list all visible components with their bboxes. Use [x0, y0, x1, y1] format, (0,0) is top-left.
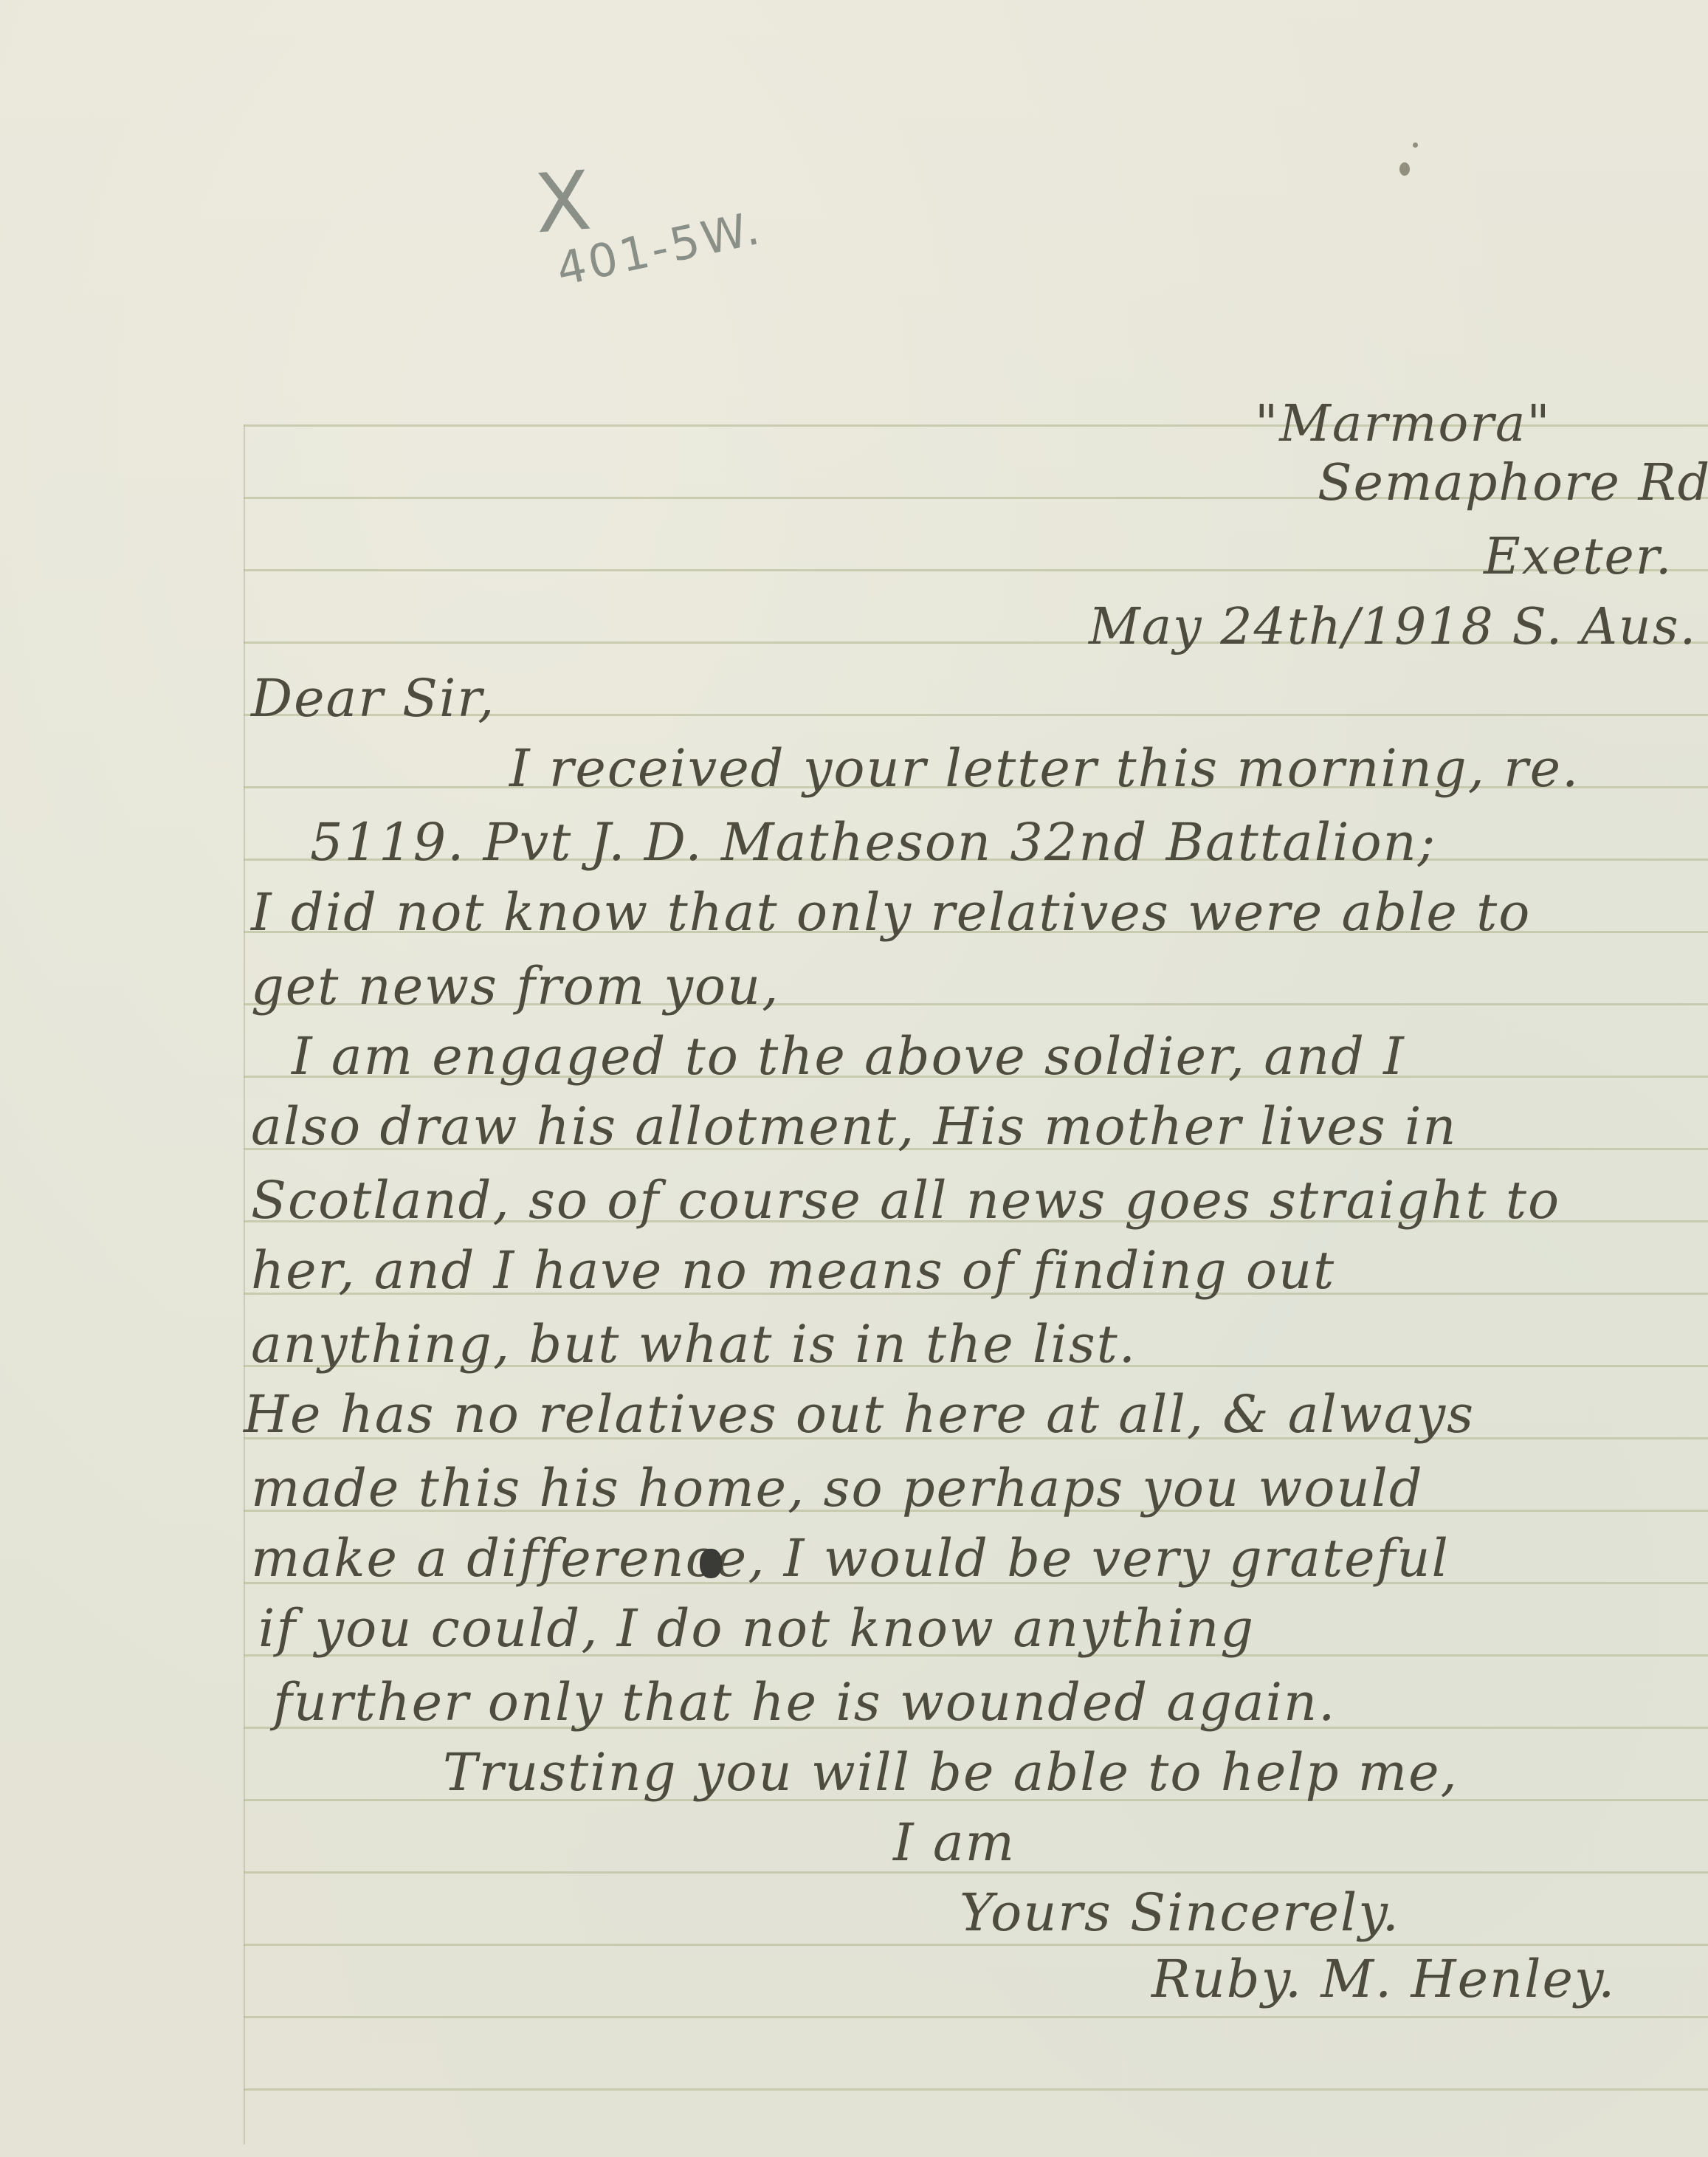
body-line: if you could, I do not know anything	[258, 1598, 1255, 1659]
ink-speck	[1399, 162, 1410, 176]
body-line: Scotland, so of course all news goes str…	[251, 1170, 1560, 1231]
ink-speck	[1413, 142, 1418, 148]
body-line: He has no relatives out here at all, & a…	[244, 1384, 1475, 1445]
letter-page: X 401-5W. "Marmora" Semaphore Rd Exeter.…	[0, 0, 1708, 2157]
body-line: I am engaged to the above soldier, and I	[292, 1026, 1405, 1087]
address-town: Exeter.	[1484, 528, 1673, 586]
body-line: further only that he is wounded again.	[273, 1672, 1336, 1733]
closing: Yours Sincerely.	[960, 1882, 1400, 1943]
margin-line	[244, 424, 245, 2144]
body-line: Trusting you will be able to help me,	[443, 1742, 1459, 1803]
body-line: anything, but what is in the list.	[251, 1314, 1137, 1375]
letter-date: May 24th/1918 S. Aus.	[1089, 598, 1697, 656]
body-line: I did not know that only relatives were …	[251, 882, 1531, 943]
address-street: Semaphore Rd	[1318, 454, 1708, 512]
body-line: I received your letter this morning, re.	[509, 738, 1580, 799]
salutation: Dear Sir,	[251, 668, 495, 729]
body-line: I am	[893, 1812, 1016, 1873]
body-line: her, and I have no means of finding out	[251, 1240, 1335, 1301]
body-line: 5119. Pvt J. D. Matheson 32nd Battalion;	[310, 812, 1436, 873]
body-line: make a difference, I would be very grate…	[251, 1528, 1450, 1589]
body-line: get news from you,	[251, 956, 779, 1016]
address-house-name: "Marmora"	[1255, 395, 1552, 453]
body-line: also draw his allotment, His mother live…	[251, 1096, 1457, 1157]
body-line: made this his home, so perhaps you would	[251, 1458, 1424, 1518]
signature: Ruby. M. Henley.	[1151, 1949, 1616, 2009]
ink-blot	[700, 1549, 722, 1578]
